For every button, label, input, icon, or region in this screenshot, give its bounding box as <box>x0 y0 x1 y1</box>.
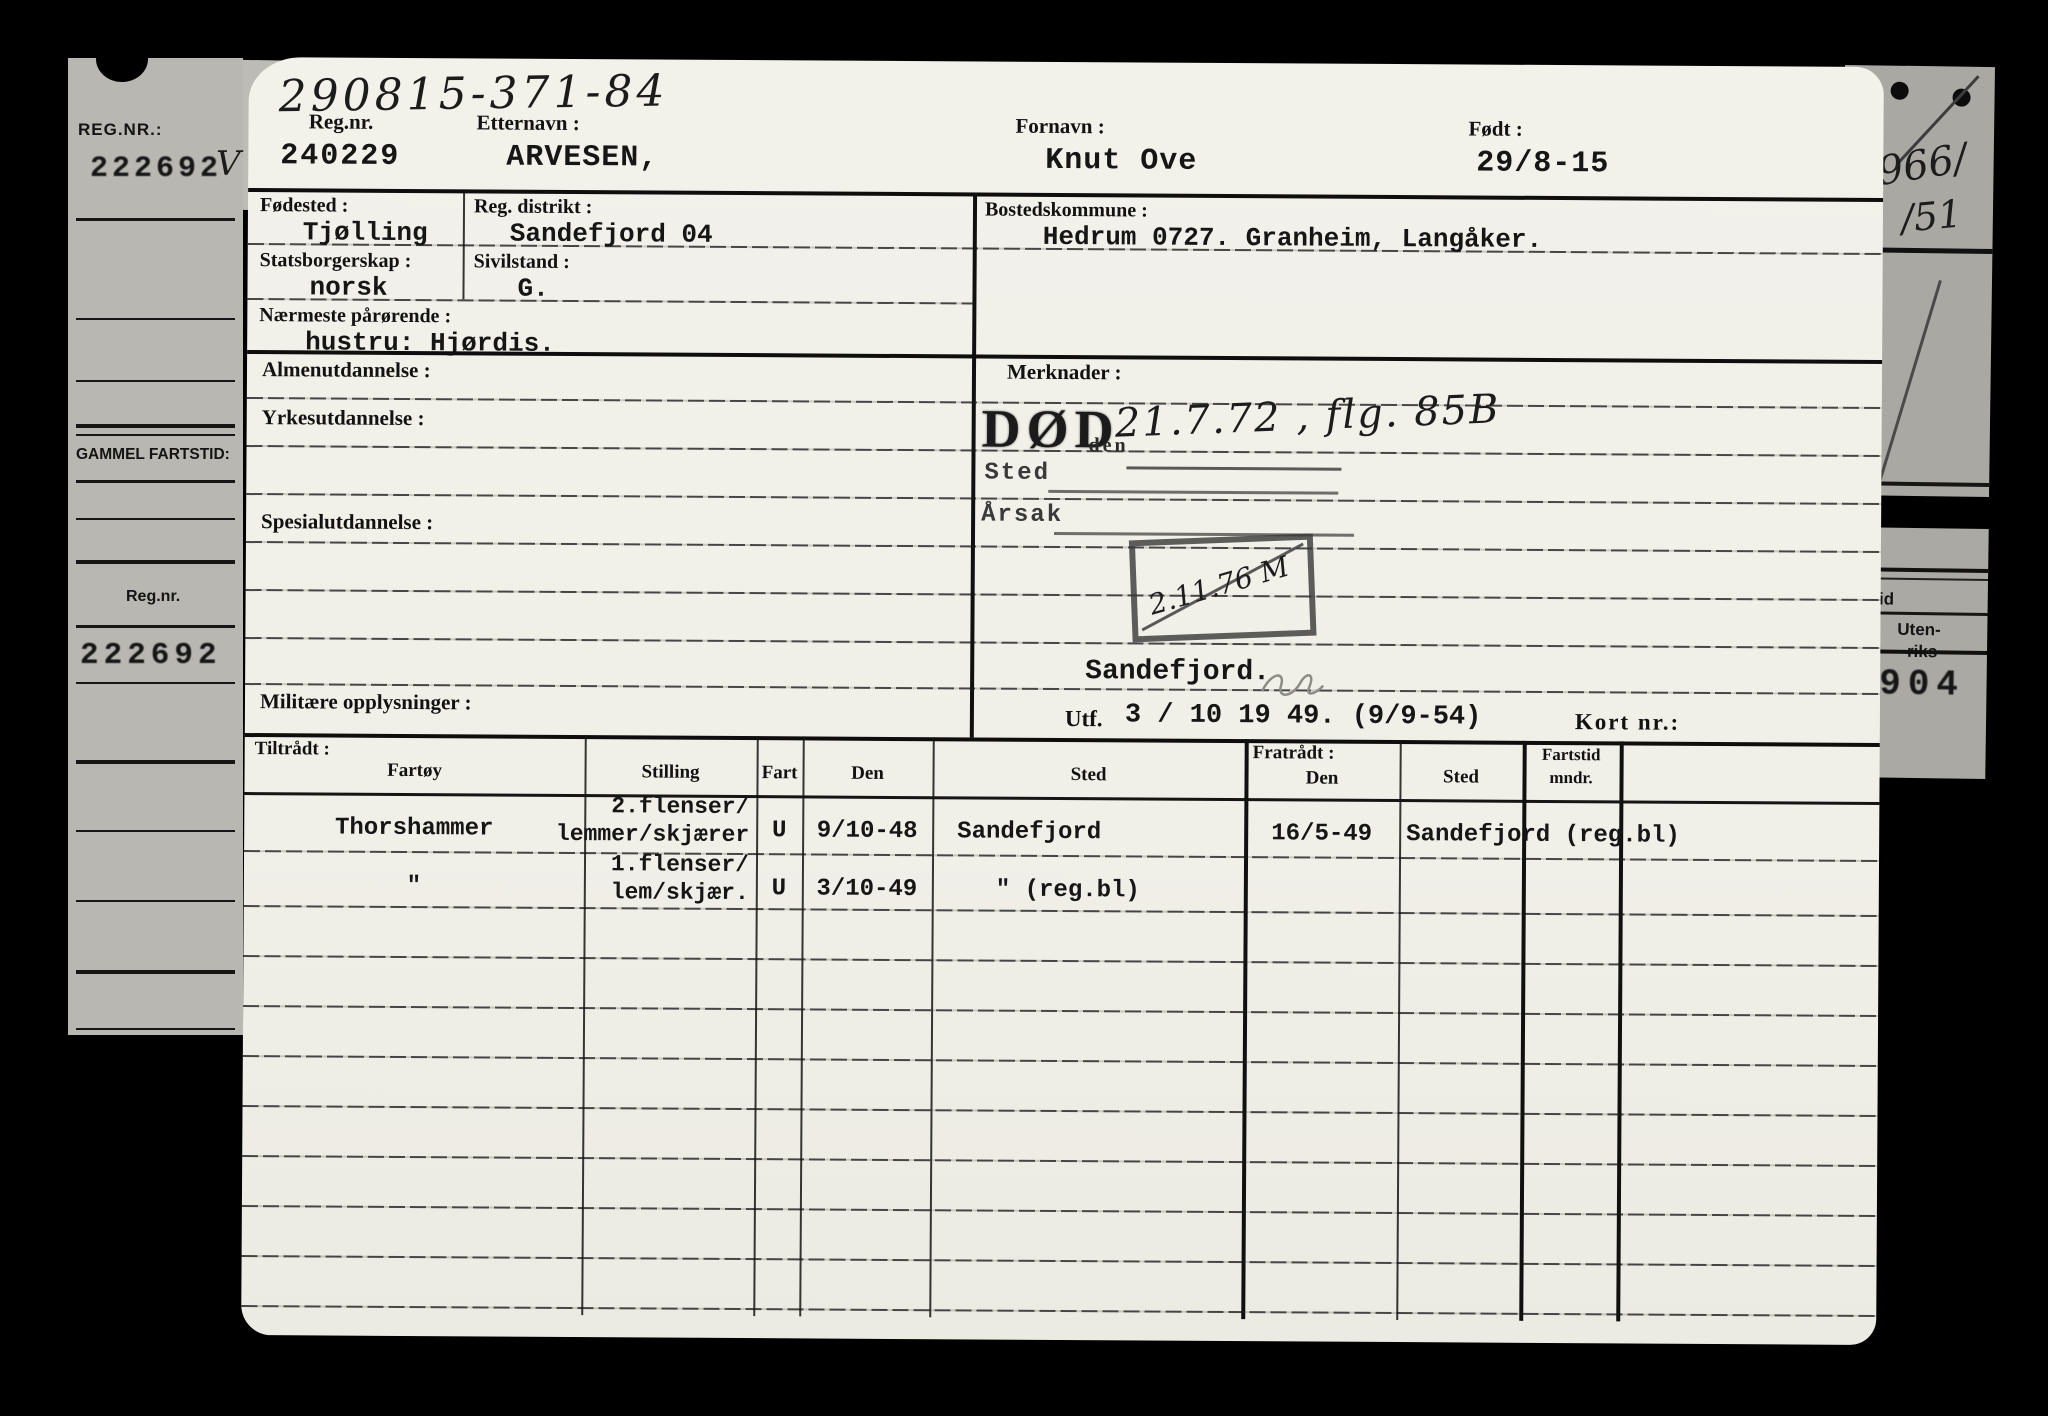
militare-opplysninger-label: Militære opplysninger : <box>260 689 472 715</box>
cell-fra-den: 16/5-49 <box>1244 820 1399 848</box>
ruled-line <box>243 1055 1878 1067</box>
left-card-regnr-stamp: 222692 <box>90 152 222 186</box>
spesialutdannelse-label: Spesialutdannelse : <box>261 509 433 535</box>
punch-notch <box>96 36 148 82</box>
dod-sted-label: Sted <box>984 460 1050 487</box>
col-fart: Fart <box>752 762 806 784</box>
reg-nr-label: Reg.nr. <box>268 109 413 135</box>
regdistrikt-label: Reg. distrikt : <box>474 195 592 219</box>
merknader-label: Merknader : <box>1007 360 1122 386</box>
fodt-value: 29/8-15 <box>1476 147 1609 182</box>
ruled-line <box>76 434 235 436</box>
stamp-underline <box>1048 490 1338 495</box>
cell-fra-den <box>1244 878 1399 879</box>
almenutdannelse-label: Almenutdannelse : <box>262 357 431 383</box>
ruled-line <box>76 380 235 382</box>
ruled-line <box>76 625 235 628</box>
ruled-line <box>76 318 235 320</box>
ruled-line <box>243 1005 1878 1017</box>
bostedskommune-label: Bostedskommune : <box>985 199 1148 223</box>
cell-den: 9/10-48 <box>802 817 932 845</box>
utf-label: Utf. <box>1065 706 1103 732</box>
parorende-label: Nærmeste pårørende : <box>259 304 451 328</box>
ruled-line <box>242 1255 1877 1267</box>
table-row: " 1.flenser/ lem/skjær. U 3/10-49 " (reg… <box>244 850 1879 915</box>
col-stilling: Stilling <box>584 761 756 784</box>
fornavn-value: Knut Ove <box>1045 144 1197 179</box>
fornavn-label: Fornavn : <box>1015 114 1104 140</box>
col-fra-den: Den <box>1244 767 1399 790</box>
ruled-line <box>76 900 235 902</box>
fragment-hw-number-top: 966/ <box>1875 135 1971 195</box>
punch-hole <box>1891 82 1909 100</box>
ruled-line <box>76 970 235 974</box>
cell-den: 3/10-49 <box>802 875 932 903</box>
etternavn-label: Etternavn : <box>476 110 579 136</box>
statsborgerskap-label: Statsborgerskap : <box>260 249 412 273</box>
col-fartstid-line1: Fartstid <box>1523 745 1620 766</box>
col-fra-sted: Sted <box>1399 766 1522 789</box>
col-den: Den <box>802 762 932 785</box>
left-card-regnr-small-label: Reg.nr. <box>126 588 180 606</box>
ruled-line <box>242 1155 1877 1167</box>
pencil-initials <box>1257 663 1327 703</box>
control-stamp-box: 2.11.76 M <box>1129 534 1317 643</box>
cell-fartoy: " <box>244 872 584 901</box>
cell-stilling: 2.flenser/ lemmer/skjærer <box>556 792 750 849</box>
ruled-line <box>76 830 235 832</box>
cell-sted: Sandefjord <box>957 818 1101 846</box>
table-row: Thorshammer 2.flenser/ lemmer/skjærer U … <box>244 792 1879 860</box>
fragment-utenriks-line1: Uten- <box>1897 620 1941 641</box>
ruled-line <box>246 589 1881 601</box>
cell-fartoy: Thorshammer <box>244 814 584 843</box>
tiltradt-label: Tiltrådt : <box>255 738 330 760</box>
dod-arsak-label: Årsak <box>981 501 1063 529</box>
fragment-hw-number-bottom: /51 <box>1899 192 1964 241</box>
kort-nr-label: Kort nr.: <box>1575 709 1680 736</box>
ruled-line <box>76 424 235 428</box>
cell-fra-sted: Sandefjord (reg.bl) <box>1406 821 1680 850</box>
ruled-line <box>76 682 235 684</box>
ruled-line <box>246 541 1881 553</box>
col-fartoy: Fartøy <box>244 759 584 783</box>
utf-value: 3 / 10 19 49. (9/9-54) <box>1125 700 1482 732</box>
ruled-line <box>76 218 235 221</box>
reg-nr-value: 240229 <box>280 139 400 174</box>
ruled-line <box>243 955 1878 967</box>
ruled-line <box>76 760 235 764</box>
cell-fart: U <box>752 817 806 844</box>
background-card-left: REG.NR.: 222692 V GAMMEL FARTSTID: Reg.n… <box>68 58 243 1035</box>
left-card-gammel-fartstid-label: GAMMEL FARTSTID: <box>76 446 230 464</box>
ruled-line <box>76 480 235 483</box>
scanned-register-card-page: REG.NR.: 222692 V GAMMEL FARTSTID: Reg.n… <box>0 0 2048 1416</box>
left-card-regnr-label: REG.NR.: <box>78 120 163 140</box>
ruled-line <box>245 637 1880 649</box>
stamp-underline <box>1126 466 1341 470</box>
fodt-label: Født : <box>1468 116 1522 141</box>
seamans-register-card: 290815-371-84 Reg.nr. 240229 Etternavn :… <box>241 57 1884 1345</box>
cell-stilling: 1.flenser/ lem/skjær. <box>611 850 749 907</box>
col-fartstid-line2: mndr. <box>1522 768 1619 789</box>
cell-sted: " (reg.bl) <box>996 877 1140 905</box>
sivilstand-label: Sivilstand : <box>474 250 570 274</box>
fodested-label: Fødested : <box>260 194 348 218</box>
hw-death-note: 21.7.72 , flg. 85B <box>1114 386 1501 446</box>
ruled-line <box>241 1305 1876 1317</box>
ruled-line <box>76 560 235 564</box>
col-sted: Sted <box>932 763 1244 787</box>
ruled-line <box>243 1105 1878 1117</box>
left-card-regnr-stamp-2: 222692 <box>80 638 222 673</box>
yrkesutdannelse-label: Yrkesutdannelse : <box>262 405 425 431</box>
ruled-line <box>246 493 1881 505</box>
cell-fart: U <box>752 875 806 902</box>
ruled-line <box>76 518 235 520</box>
pencil-stroke <box>1878 280 1942 482</box>
etternavn-value: ARVESEN, <box>506 141 658 176</box>
ruled-line <box>76 1028 235 1030</box>
left-card-check-mark: V <box>216 144 241 184</box>
merknader-column-divider <box>970 192 977 737</box>
ruled-line <box>245 683 1880 695</box>
merknader-place-value: Sandefjord. <box>1085 656 1270 688</box>
fratradt-label: Fratrådt : <box>1253 742 1335 764</box>
ruled-line <box>242 1205 1877 1217</box>
